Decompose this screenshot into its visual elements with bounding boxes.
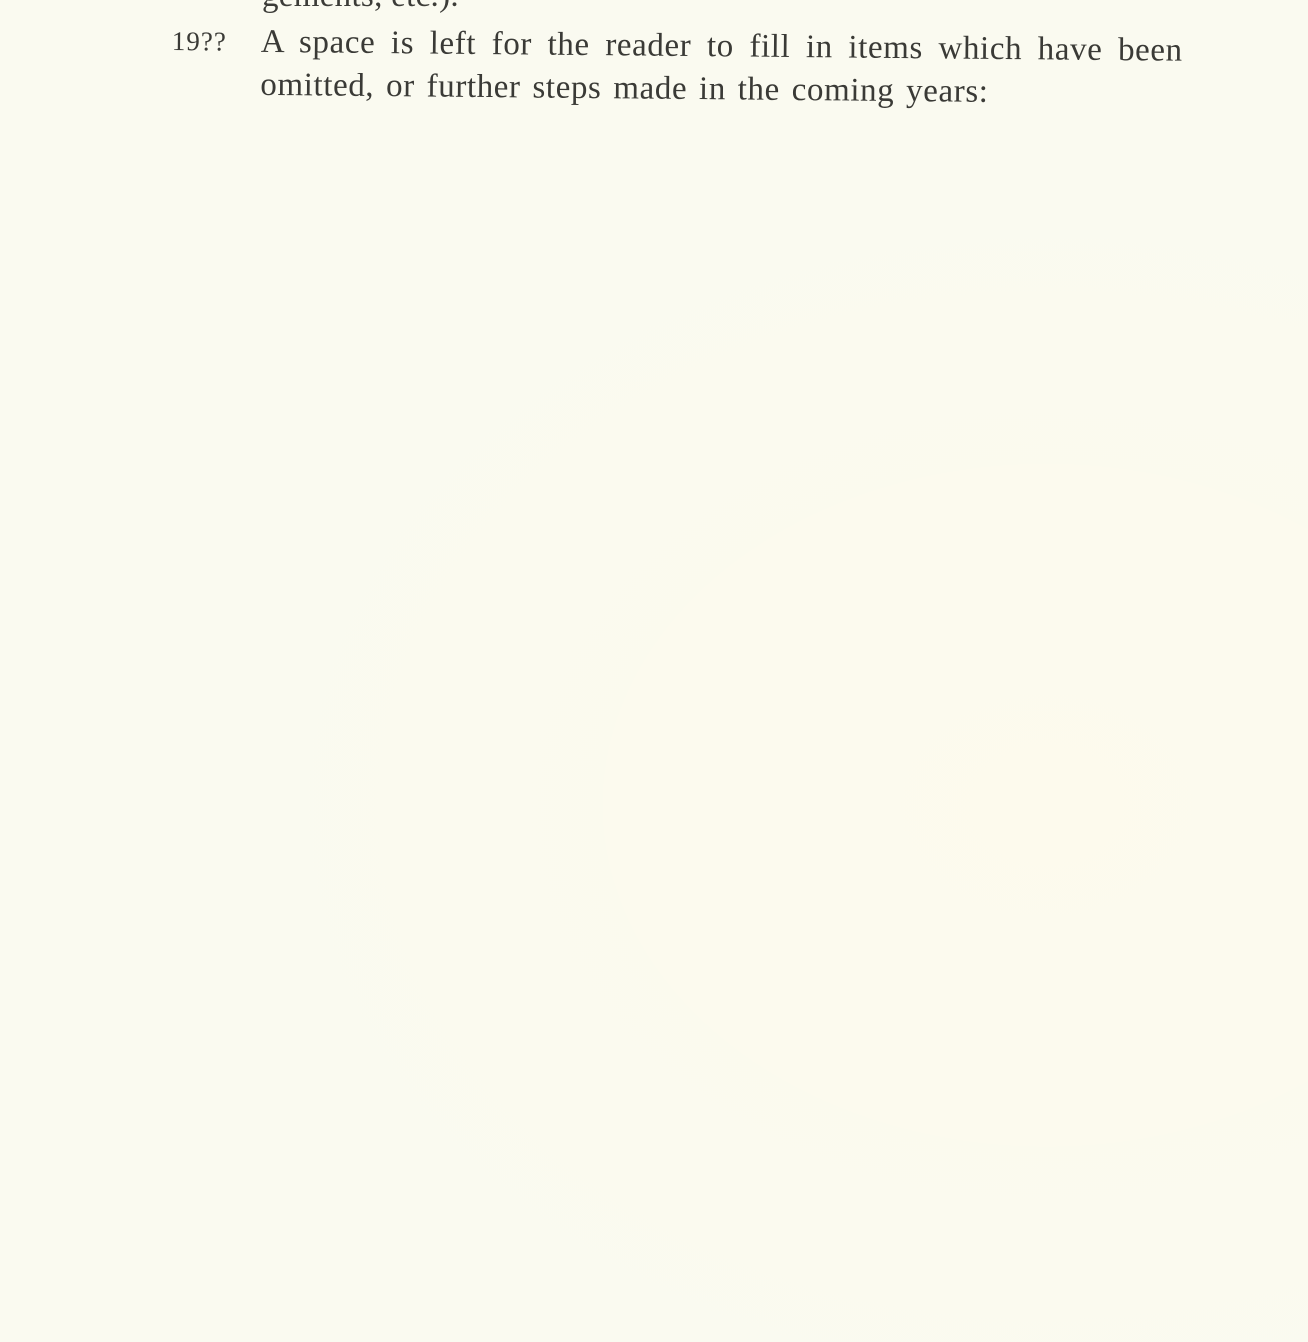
timeline-entry: 19?? A space is left for the reader to f… [171, 20, 1192, 116]
blank-fill-in-area [172, 130, 1192, 1310]
document-page: gements, etc.). 19?? A space is left for… [0, 0, 1308, 1342]
entry-year: 19?? [172, 26, 227, 58]
clipped-previous-text-line: gements, etc.). [262, 0, 459, 15]
entry-text: A space is left for the reader to fill i… [260, 21, 1192, 116]
entry-text-line-2: omitted, or further steps made in the co… [260, 64, 1191, 116]
